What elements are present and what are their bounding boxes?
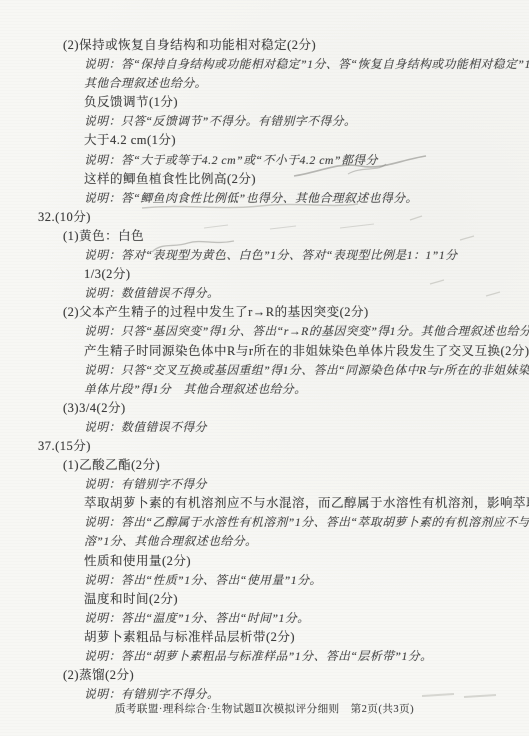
- answer-line: (3)3/4(2分): [63, 399, 529, 418]
- section-heading: 37.(15分): [38, 437, 529, 456]
- note-line: 说明：有错别字不得分: [84, 475, 529, 494]
- note-line: 说明：答“保持自身结构或功能相对稳定”1分、答“恢复自身结构或功能相对稳定”1分: [84, 55, 529, 74]
- note-line: 说明：只答“反馈调节”不得分。有错别字不得分。: [84, 112, 529, 131]
- answer-line: 胡萝卜素粗品与标准样品层析带(2分): [84, 628, 529, 647]
- note-line: 说明：数值错误不得分。: [84, 284, 529, 303]
- answer-line: 萃取胡萝卜素的有机溶剂应不与水混溶，而乙醇属于水溶性有机溶剂，影响萃取效果(2分…: [84, 494, 529, 513]
- answer-line: (2)蒸馏(2分): [63, 666, 529, 685]
- answer-line: 1/3(2分): [84, 265, 529, 284]
- note-line: 说明：只答“基因突变”得1分、答出“r→R的基因突变”得1分。其他合理叙述也给分: [84, 322, 529, 341]
- note-line: 说明：答出“胡萝卜素粗品与标准样品”1分、答出“层析带”1分。: [84, 647, 529, 666]
- section-heading: 32.(10分): [38, 208, 529, 227]
- note-line: 说明：答“鲫鱼肉食性比例低”也得分、其他合理叙述也得分。: [84, 189, 529, 208]
- note-line: 说明：数值错误不得分: [84, 418, 529, 437]
- note-line: 说明：答“大于或等于4.2 cm”或“不小于4.2 cm”都得分: [84, 151, 529, 170]
- answer-line: 这样的鲫鱼植食性比例高(2分): [84, 170, 529, 189]
- note-line: 说明：答出“乙醇属于水溶性有机溶剂”1分、答出“萃取胡萝卜素的有机溶剂应不与水混: [84, 513, 529, 532]
- note-line: 说明：答出“温度”1分、答出“时间”1分。: [84, 609, 529, 628]
- rubric-text-column: (2)保持或恢复自身结构和功能相对稳定(2分) 说明：答“保持自身结构或功能相对…: [0, 36, 529, 704]
- note-line: 溶”1分、其他合理叙述也给分。: [84, 532, 529, 551]
- answer-line: 产生精子时同源染色体中R与r所在的非姐妹染色单体片段发生了交叉互换(2分): [84, 342, 529, 361]
- scanned-page: (2)保持或恢复自身结构和功能相对稳定(2分) 说明：答“保持自身结构或功能相对…: [0, 0, 529, 736]
- note-line: 说明：答对“表现型为黄色、白色”1分、答对“表现型比例是1：1”1分: [84, 246, 529, 265]
- note-line: 说明：答出“性质”1分、答出“使用量”1分。: [84, 571, 529, 590]
- note-line: 说明：只答“交叉互换或基因重组”得1分、答出“同源染色体中R与r所在的非姐妹染色: [84, 361, 529, 380]
- note-line: 其他合理叙述也给分。: [84, 74, 529, 93]
- answer-line: 大于4.2 cm(1分): [84, 131, 529, 150]
- answer-line: 性质和使用量(2分): [84, 552, 529, 571]
- answer-line: (1)黄色：白色: [63, 227, 529, 246]
- page-footer: 质考联盟·理科综合·生物试题Ⅱ次模拟评分细则 第2页(共3页): [0, 701, 529, 716]
- answer-line: 温度和时间(2分): [84, 590, 529, 609]
- answer-line: (1)乙酸乙酯(2分): [63, 456, 529, 475]
- answer-line: (2)保持或恢复自身结构和功能相对稳定(2分): [63, 36, 529, 55]
- answer-line: (2)父本产生精子的过程中发生了r→R的基因突变(2分): [63, 303, 529, 322]
- answer-line: 负反馈调节(1分): [84, 93, 529, 112]
- note-line: 单体片段”得1分 其他合理叙述也给分。: [84, 380, 529, 399]
